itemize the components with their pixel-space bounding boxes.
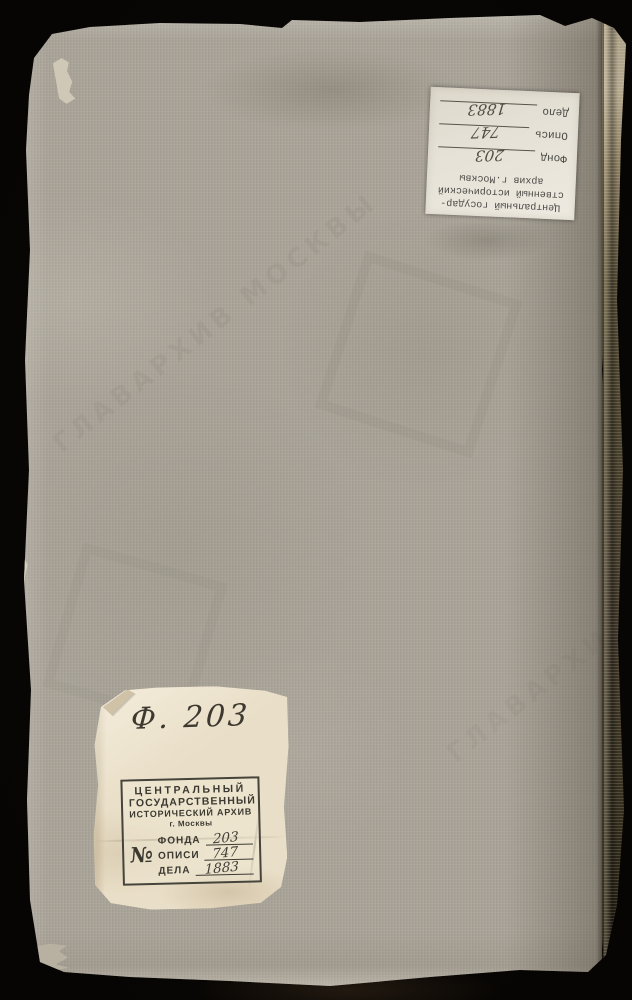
fond-label: Фонд [540, 151, 567, 164]
archive-stamp: ЦЕНТРАЛЬНЫЙ ГОСУДАРСТВЕННЫЙ ИСТОРИЧЕСКИЙ… [120, 776, 262, 885]
book-cover: ГЛАВАРХИВ МОСКВЫ ГЛАВАРХИВ МОСКВЫ Центра… [0, 0, 632, 1000]
watermark-logo-box [315, 251, 523, 459]
opis-line: 747 [438, 123, 529, 149]
stamp-opis-label: ОПИСИ [158, 850, 200, 862]
watermark-text: ГЛАВАРХИВ МОСКВЫ [441, 497, 632, 769]
stamp-delo-line: 1883 [195, 859, 253, 875]
typed-archive-label: Центральный государ- ственный историческ… [425, 87, 579, 220]
stamp-delo-value-handwritten: 1883 [204, 859, 238, 878]
stamp-fond-line: 203 [205, 830, 253, 846]
aged-paper-label: Ф. 203 ЦЕНТРАЛЬНЫЙ ГОСУДАРСТВЕННЫЙ ИСТОР… [93, 685, 289, 911]
stamp-delo-label: ДЕЛА [158, 865, 190, 877]
delo-label: Дело [542, 105, 569, 118]
fond-number-handwritten: Ф. 203 [130, 698, 252, 737]
stamp-fond-label: ФОНДА [158, 835, 201, 847]
fond-value-handwritten: 203 [474, 146, 505, 165]
opis-label: Опись [535, 127, 569, 140]
fond-line: 203 [437, 146, 534, 172]
delo-line: 1883 [439, 100, 536, 126]
opis-value-handwritten: 747 [470, 123, 501, 142]
stamp-delo-row: ДЕЛА 1883 [158, 859, 254, 876]
watermark-text: ГЛАВАРХИВ МОСКВЫ [47, 187, 383, 459]
stamp-opis-line: 747 [204, 844, 253, 860]
delo-value-handwritten: 1883 [466, 100, 506, 119]
number-sign: № [129, 842, 154, 868]
